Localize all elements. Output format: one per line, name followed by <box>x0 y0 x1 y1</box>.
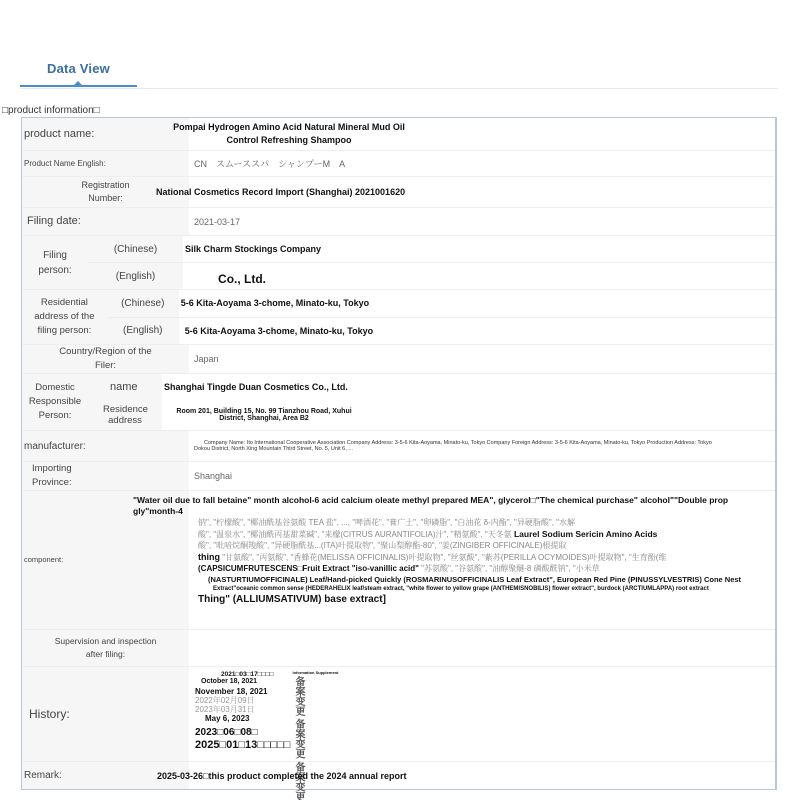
label-residence-address: Residence address <box>88 400 162 430</box>
value-filing-date: 2021-03-17 <box>189 208 775 235</box>
label-name: name <box>88 374 162 400</box>
label-importing-province: Importing Province: <box>22 462 189 490</box>
value-history: 2021□03□17□□□□ October 18, 2021 November… <box>189 667 775 761</box>
label-filing-person: Filing person: <box>22 236 88 289</box>
row-product-name-english: Product Name English: CN スムーススパ シャンプーM A <box>22 151 775 177</box>
value-country-region: Japan <box>189 345 775 373</box>
section-title: □product information□ <box>2 105 100 116</box>
row-domestic-responsible: Domestic Responsible Person: name Shangh… <box>22 374 775 431</box>
value-responsible-name: Shanghai Tingde Duan Cosmetics Co., Ltd. <box>162 382 775 392</box>
label-filing-date: Filing date: <box>22 208 189 235</box>
row-residential-address: Residential address of the filing person… <box>22 290 775 345</box>
address-chinese: (Chinese) 5-6 Kita-Aoyama 3-chome, Minat… <box>107 290 775 318</box>
value-component: "Water oil due to fall betaine" month al… <box>129 491 775 629</box>
row-filing-date: Filing date: 2021-03-17 <box>22 208 775 236</box>
label-supervision: Supervision and inspection after filing: <box>22 630 189 666</box>
history-side-notes: Information Supplement 备案变更 备案变更 备案变更 备案… <box>292 671 332 736</box>
row-supervision: Supervision and inspection after filing: <box>22 630 775 667</box>
responsible-name: name Shanghai Tingde Duan Cosmetics Co.,… <box>88 374 775 400</box>
value-filing-person-english: Co., Ltd. <box>183 266 775 286</box>
value-product-name: Pompai Hydrogen Amino Acid Natural Miner… <box>159 118 775 150</box>
row-importing-province: Importing Province: Shanghai <box>22 462 775 491</box>
label-history: History: <box>22 667 189 761</box>
label-chinese: (Chinese) <box>88 236 183 262</box>
product-info-table: product name: Pompai Hydrogen Amino Acid… <box>21 117 777 790</box>
tab-active-indicator <box>20 85 137 87</box>
row-manufacturer: manufacturer: Company Name: Ito Internat… <box>22 431 775 462</box>
row-product-name: product name: Pompai Hydrogen Amino Acid… <box>22 118 775 151</box>
label-english: (English) <box>107 318 179 345</box>
row-component: component: "Water oil due to fall betain… <box>22 491 775 630</box>
label-domestic-responsible: Domestic Responsible Person: <box>22 374 88 430</box>
value-importing-province: Shanghai <box>189 462 775 490</box>
value-responsible-address: Room 201, Building 15, No. 99 Tianzhou R… <box>162 408 364 422</box>
filing-person-english: (English) Co., Ltd. <box>88 263 775 289</box>
value-manufacturer: Company Name: Ito International Cooperat… <box>189 431 775 461</box>
label-manufacturer: manufacturer: <box>22 431 189 461</box>
value-product-name-english: CN スムーススパ シャンプーM A <box>189 151 775 176</box>
value-registration-number: National Cosmetics Record Import (Shangh… <box>151 177 775 207</box>
caret-up-icon <box>74 81 82 85</box>
filing-person-chinese: (Chinese) Silk Charm Stockings Company <box>88 236 775 263</box>
row-filing-person: Filing person: (Chinese) Silk Charm Stoc… <box>22 236 775 290</box>
value-address-chinese: 5-6 Kita-Aoyama 3-chome, Minato-ku, Toky… <box>179 298 775 308</box>
value-filing-person-chinese: Silk Charm Stockings Company <box>183 244 775 254</box>
value-address-english: 5-6 Kita-Aoyama 3-chome, Minato-ku, Toky… <box>179 326 775 336</box>
value-supervision <box>189 630 775 666</box>
row-registration-number: Registration Number: National Cosmetics … <box>22 177 775 208</box>
row-history: History: 2021□03□17□□□□ October 18, 2021… <box>22 667 775 762</box>
row-country-region: Country/Region of the Filer: Japan <box>22 345 775 374</box>
address-english: (English) 5-6 Kita-Aoyama 3-chome, Minat… <box>107 318 775 345</box>
label-country-region: Country/Region of the Filer: <box>22 345 189 373</box>
label-residential-address: Residential address of the filing person… <box>22 290 107 344</box>
value-remark: 2025-03-26□this product completed the 20… <box>152 762 775 789</box>
row-remark: Remark: 2025-03-26□this product complete… <box>22 762 775 789</box>
responsible-address: Residence address Room 201, Building 15,… <box>88 400 775 430</box>
label-english: (English) <box>88 263 183 289</box>
label-product-name-english: Product Name English: <box>22 151 189 176</box>
tab-bar: Data View <box>20 56 778 89</box>
label-chinese: (Chinese) <box>107 290 179 317</box>
